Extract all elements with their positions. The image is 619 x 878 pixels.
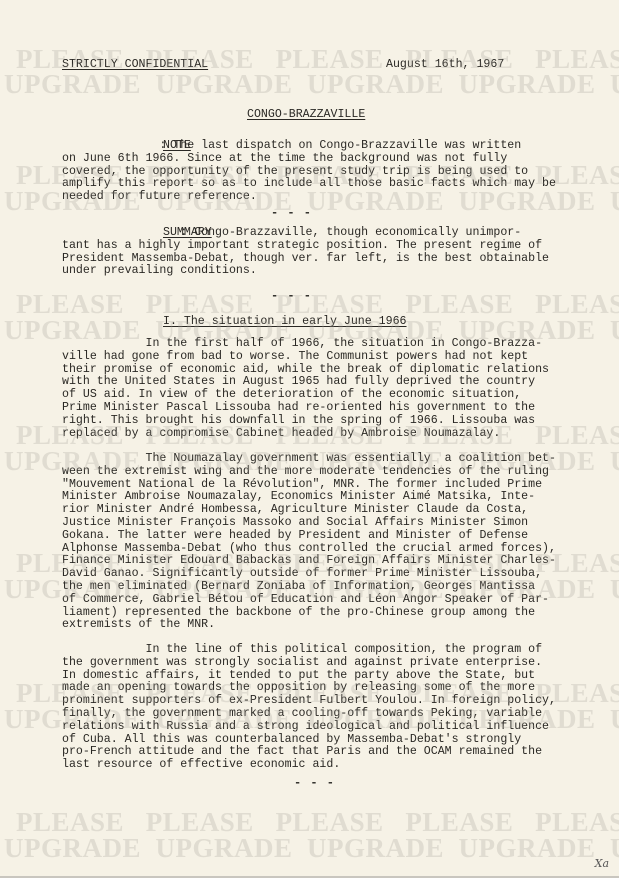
note-line: needed for future reference. bbox=[62, 191, 619, 204]
document-title: CONGO-BRAZZAVILLE bbox=[247, 109, 365, 122]
body-paragraph-2: The Noumazalay government was essentiall… bbox=[62, 453, 619, 632]
summary-line: tant has a highly important strategic po… bbox=[62, 240, 619, 253]
summary-line: : Congo-Brazzaville, though economically… bbox=[62, 227, 619, 240]
document-content: STRICTLY CONFIDENTIAL August 16th, 1967 … bbox=[0, 0, 619, 876]
note-line: : The last dispatch on Congo-Brazzaville… bbox=[62, 140, 619, 153]
body-paragraph-3: In the line of this political compositio… bbox=[62, 644, 619, 772]
body-line: In the line of this political compositio… bbox=[62, 644, 619, 657]
body-line: In the first half of 1966, the situation… bbox=[62, 338, 619, 351]
note-paragraph: : The last dispatch on Congo-Brazzaville… bbox=[62, 140, 619, 204]
body-line: The Noumazalay government was essentiall… bbox=[62, 453, 619, 466]
page-initials: Xa bbox=[595, 857, 609, 870]
section-heading: I. The situation in early June 1966 bbox=[163, 316, 407, 329]
body-line: Gokana. The latter were headed by Presid… bbox=[62, 530, 619, 543]
note-line: on June 6th 1966. Since at the time the … bbox=[62, 153, 619, 166]
body-line: the government was strongly socialist an… bbox=[62, 657, 619, 670]
body-line: ween the extremist wing and the more mod… bbox=[62, 466, 619, 479]
body-line: of Commerce, Gabriel Bétou of Education … bbox=[62, 594, 619, 607]
separator: - - - bbox=[294, 776, 335, 790]
summary-line: under prevailing conditions. bbox=[62, 265, 619, 278]
body-line: finally, the government marked a cooling… bbox=[62, 708, 619, 721]
document-page: STRICTLY CONFIDENTIAL August 16th, 1967 … bbox=[0, 0, 619, 878]
body-paragraph-1: In the first half of 1966, the situation… bbox=[62, 338, 619, 440]
classification-label: STRICTLY CONFIDENTIAL bbox=[62, 59, 208, 72]
body-line: right. This brought his downfall in the … bbox=[62, 415, 619, 428]
body-line: extremists of the MNR. bbox=[62, 619, 619, 632]
separator: - - - bbox=[271, 289, 312, 303]
body-line: relations with Russia and a strong ideol… bbox=[62, 721, 619, 734]
separator: - - - bbox=[271, 206, 312, 220]
document-date: August 16th, 1967 bbox=[386, 59, 504, 72]
summary-paragraph: : Congo-Brazzaville, though economically… bbox=[62, 227, 619, 278]
body-line: ville had gone from bad to worse. The Co… bbox=[62, 351, 619, 364]
body-line: replaced by a compromise Cabinet headed … bbox=[62, 428, 619, 441]
body-line: last resource of effective economic aid. bbox=[62, 759, 619, 772]
body-line: the men eliminated (Bernard Zoniaba of I… bbox=[62, 581, 619, 594]
body-line: Justice Minister François Massoko and So… bbox=[62, 517, 619, 530]
body-line: Prime Minister Pascal Lissouba had re-or… bbox=[62, 402, 619, 415]
